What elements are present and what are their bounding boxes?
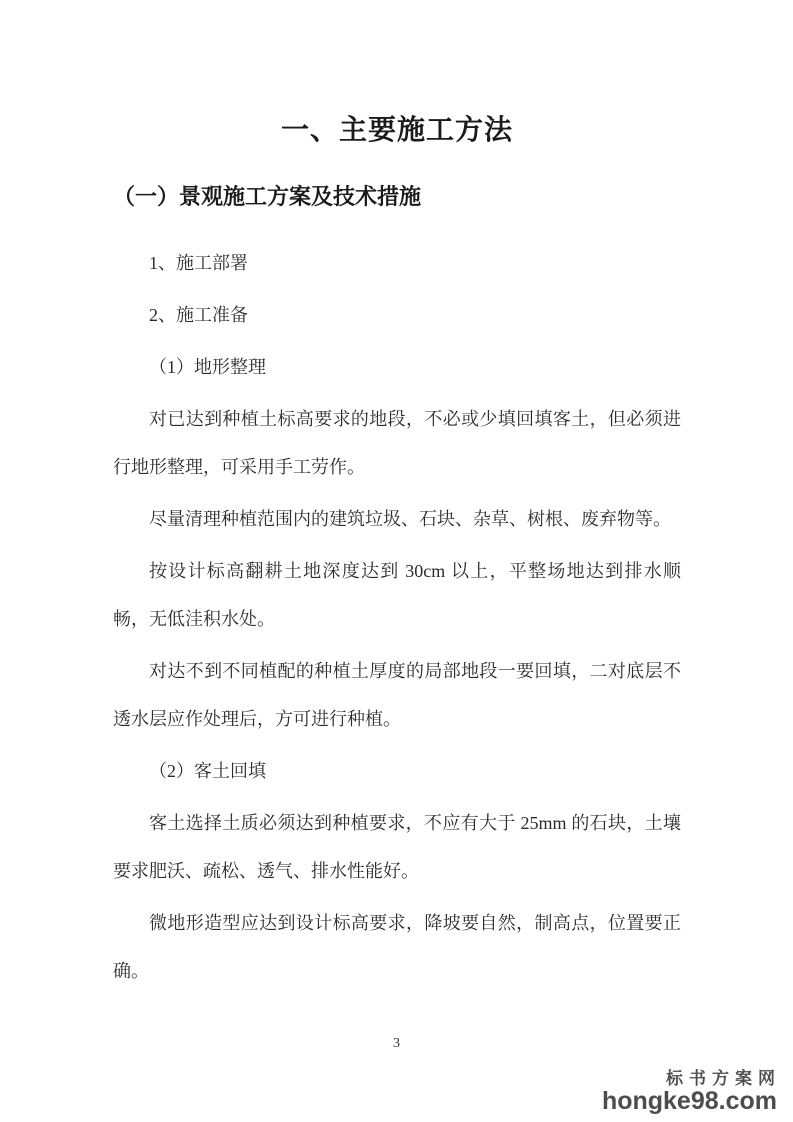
body-paragraph: 客土选择土质必须达到种植要求，不应有大于 25mm 的石块，土壤要求肥沃、疏松、… [113,799,681,895]
page-number: 3 [0,1036,793,1052]
body-paragraph: 对已达到种植土标高要求的地段，不必或少填回填客土，但必须进行地形整理，可采用手工… [113,395,681,491]
document-title: 一、主要施工方法 [113,108,681,148]
document-page: 一、主要施工方法 （一）景观施工方案及技术措施 1、施工部署 2、施工准备 （1… [0,0,793,1122]
watermark-site-name: 标书方案网 [602,1070,781,1088]
body-paragraph: 尽量清理种植范围内的建筑垃圾、石块、杂草、树根、废弃物等。 [113,495,681,543]
watermark-site-url: hongke98.com [602,1088,777,1114]
list-item-1: 1、施工部署 [113,239,681,287]
sub-heading-terrain: （1）地形整理 [113,343,681,391]
section-heading: （一）景观施工方案及技术措施 [113,180,681,211]
sub-heading-backfill: （2）客土回填 [113,747,681,795]
list-item-2: 2、施工准备 [113,291,681,339]
body-paragraph: 微地形造型应达到设计标高要求，降坡要自然，制高点，位置要正确。 [113,899,681,995]
body-paragraph: 对达不到不同植配的种植土厚度的局部地段一要回填，二对底层不透水层应作处理后，方可… [113,647,681,743]
body-paragraph: 按设计标高翻耕土地深度达到 30cm 以上，平整场地达到排水顺畅，无低洼积水处。 [113,547,681,643]
document-content: 一、主要施工方法 （一）景观施工方案及技术措施 1、施工部署 2、施工准备 （1… [113,108,681,999]
watermark: 标书方案网 hongke98.com [602,1070,777,1114]
